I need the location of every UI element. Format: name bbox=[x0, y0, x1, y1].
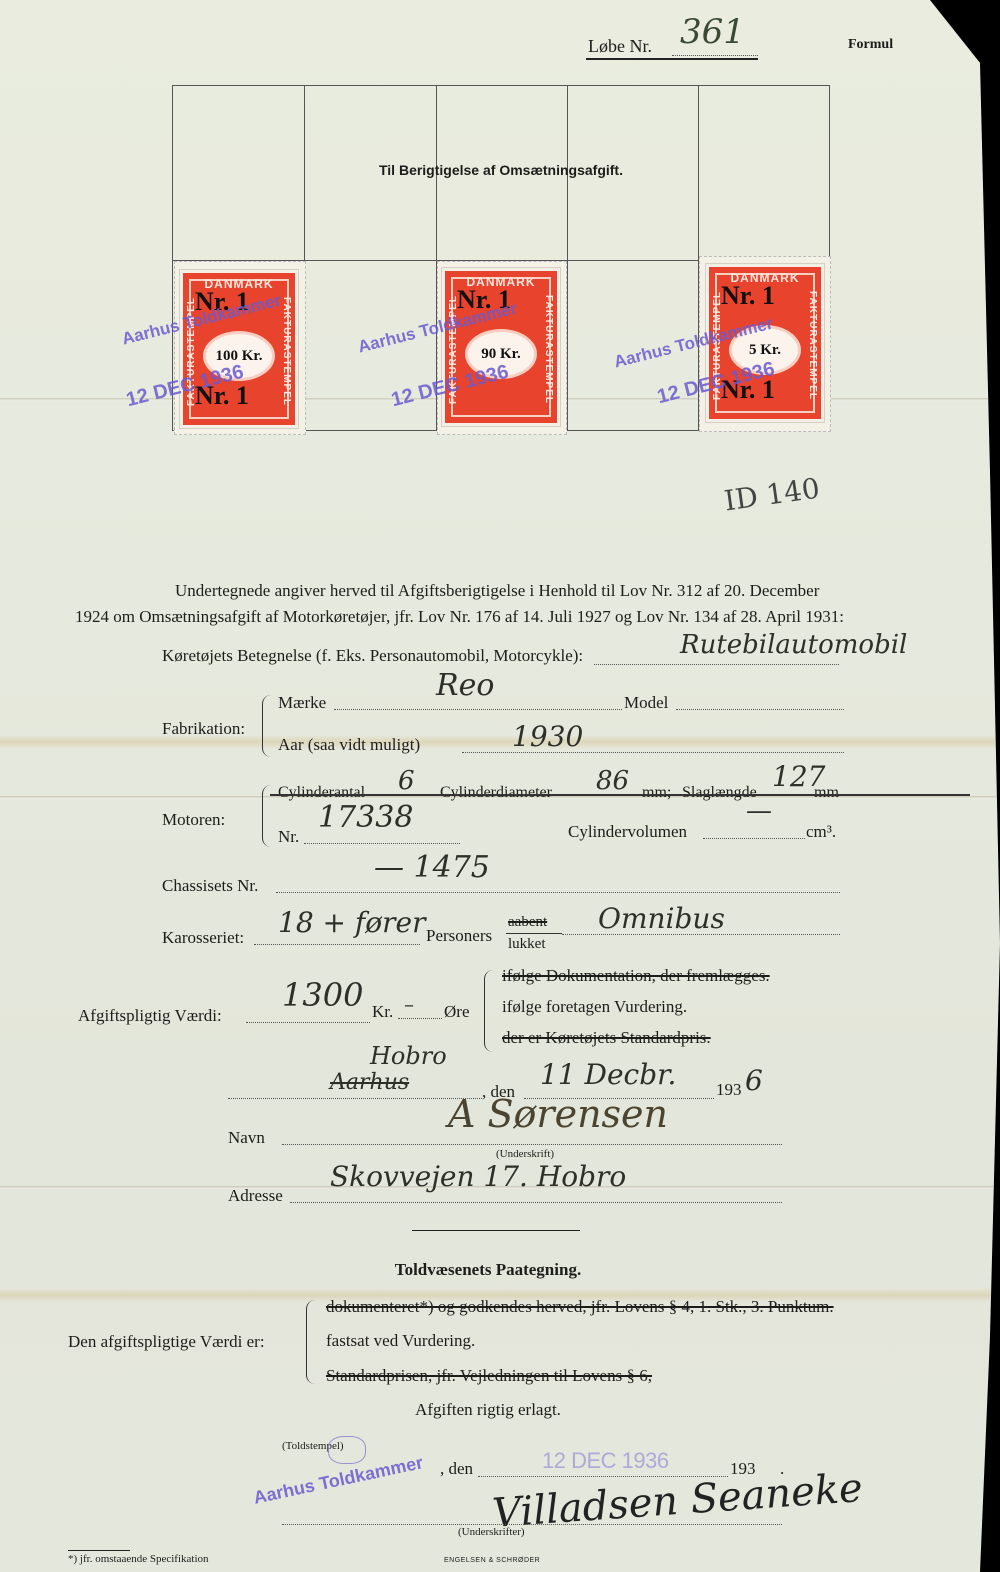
place-line bbox=[228, 1098, 482, 1099]
navn-label: Navn bbox=[228, 1128, 265, 1148]
seal-stamp bbox=[328, 1436, 366, 1464]
cylindervolumen-value: — bbox=[746, 796, 772, 826]
margin-note: ID 140 bbox=[722, 471, 822, 517]
karosseri-line bbox=[254, 944, 420, 945]
loebe-nr-line bbox=[672, 55, 758, 56]
vaerdi-oere-value: – bbox=[404, 992, 414, 1016]
maerke-line bbox=[334, 709, 622, 710]
stamp-section-title: Til Berigtigelse af Omsætningsafgift. bbox=[172, 162, 830, 178]
aabent-option: aabent bbox=[508, 914, 547, 931]
revenue-stamp-100kr: DANMARK FAKTURASTEMPEL FAKTURASTEMPEL Nr… bbox=[180, 270, 298, 428]
fraction-line bbox=[506, 933, 562, 934]
loebe-nr-value: 361 bbox=[680, 12, 745, 52]
motor-nr-label: Nr. bbox=[278, 827, 299, 847]
maerke-value: Reo bbox=[436, 668, 494, 703]
customs-den-label: , den bbox=[440, 1459, 473, 1479]
brace bbox=[306, 1300, 315, 1384]
year-prefix: 193 bbox=[716, 1080, 742, 1100]
cylindervolumen-line bbox=[703, 838, 805, 839]
underskrift-label: (Underskrift) bbox=[496, 1148, 554, 1160]
karosseri-value: 18 + fører bbox=[278, 906, 425, 939]
kr-label: Kr. bbox=[372, 1002, 393, 1022]
vehicle-type-value: Rutebilautomobil bbox=[680, 630, 907, 660]
chassis-line bbox=[276, 892, 840, 893]
adresse-value: Skovvejen 17. Hobro bbox=[330, 1160, 626, 1193]
adresse-label: Adresse bbox=[228, 1186, 283, 1206]
vaerdi-kr-line bbox=[246, 1022, 370, 1023]
loebe-underline bbox=[586, 58, 758, 60]
customs-option: Standardprisen, jfr. Vejledningen til Lo… bbox=[326, 1366, 652, 1386]
oere-label: Øre bbox=[444, 1002, 469, 1022]
date-stamp: 12 DEC 1936 bbox=[542, 1448, 669, 1474]
karosseri-label: Karosseriet: bbox=[162, 928, 244, 948]
personers-label: Personers bbox=[426, 926, 492, 946]
aar-label: Aar (saa vidt muligt) bbox=[278, 735, 420, 755]
cylinderdiameter-label: Cylinderdiameter bbox=[440, 784, 552, 802]
fabrikation-label: Fabrikation: bbox=[162, 719, 245, 739]
adresse-line bbox=[290, 1202, 782, 1203]
navn-line bbox=[282, 1144, 782, 1145]
date-value: 11 Decbr. bbox=[540, 1058, 676, 1091]
revenue-stamp-90kr: DANMARK FAKTURASTEMPEL FAKTURASTEMPEL Nr… bbox=[442, 268, 560, 426]
cylinderdiameter-value: 86 bbox=[596, 766, 629, 796]
cylinderantal-value: 6 bbox=[398, 766, 415, 796]
paid-text: Afgiften rigtig erlagt. bbox=[0, 1400, 988, 1420]
mm-label: mm; bbox=[642, 784, 671, 802]
lukket-option: lukket bbox=[508, 936, 546, 953]
footnote-rule bbox=[68, 1550, 130, 1551]
basis-option: ifølge foretagen Vurdering. bbox=[502, 997, 687, 1017]
karosseri-type-value: Omnibus bbox=[598, 902, 725, 935]
model-line bbox=[676, 709, 844, 710]
customs-option: fastsat ved Vurdering. bbox=[326, 1331, 475, 1351]
basis-option: der er Køretøjets Standardpris. bbox=[502, 1028, 711, 1048]
footnote: *) jfr. omstaaende Specifikation bbox=[68, 1553, 209, 1565]
basis-option: ifølge Dokumentation, der fremlægges. bbox=[502, 966, 770, 986]
customs-title: Toldvæsenets Paategning. bbox=[0, 1260, 988, 1280]
fold-crease-line bbox=[270, 794, 970, 796]
vaerdi-kr-value: 1300 bbox=[282, 976, 363, 1014]
intro-line-1: Undertegnede angiver herved til Afgiftsb… bbox=[175, 581, 819, 601]
cm3-label: cm³. bbox=[806, 822, 836, 842]
formular-label: Formul bbox=[848, 37, 893, 53]
chassis-label: Chassisets Nr. bbox=[162, 876, 258, 896]
section-divider bbox=[412, 1230, 580, 1231]
vaerdi-oere-line bbox=[398, 1018, 442, 1019]
cylindervolumen-label: Cylindervolumen bbox=[568, 822, 687, 842]
chassis-value: — 1475 bbox=[374, 850, 490, 885]
motoren-label: Motoren: bbox=[162, 810, 225, 830]
brace bbox=[262, 695, 271, 757]
customs-signature-line bbox=[282, 1524, 782, 1525]
year-suffix: 6 bbox=[745, 1064, 763, 1097]
intro-line-2: 1924 om Omsætningsafgift af Motorkøretøj… bbox=[75, 607, 844, 627]
vehicle-type-label: Køretøjets Betegnelse (f. Eks. Personaut… bbox=[162, 646, 583, 666]
vaerdi-label: Afgiftspligtig Værdi: bbox=[78, 1006, 222, 1026]
motor-nr-value: 17338 bbox=[318, 800, 413, 835]
mm2-label: mm bbox=[814, 784, 839, 802]
vehicle-type-line bbox=[594, 664, 839, 665]
customs-option: dokumenteret*) og godkendes herved, jfr.… bbox=[326, 1297, 834, 1317]
underskrifter-label: (Underskrifter) bbox=[458, 1526, 525, 1538]
customs-vaerdi-label: Den afgiftspligtige Værdi er: bbox=[68, 1332, 265, 1352]
document-paper: Løbe Nr. 361 Formul Til Berigtigelse af … bbox=[0, 0, 1000, 1572]
model-label: Model bbox=[624, 693, 668, 713]
aar-value: 1930 bbox=[512, 720, 583, 753]
brace bbox=[484, 970, 493, 1052]
motor-nr-line bbox=[304, 843, 460, 844]
paper-stain bbox=[0, 735, 1000, 749]
loebe-nr-label: Løbe Nr. bbox=[588, 36, 652, 57]
place-value: Hobro bbox=[370, 1042, 447, 1070]
printer-mark: ENGELSEN & SCHRØDER bbox=[444, 1557, 540, 1564]
signature-applicant: A Sørensen bbox=[448, 1092, 668, 1136]
maerke-label: Mærke bbox=[278, 693, 326, 713]
place-struck: Aarhus bbox=[330, 1070, 409, 1095]
